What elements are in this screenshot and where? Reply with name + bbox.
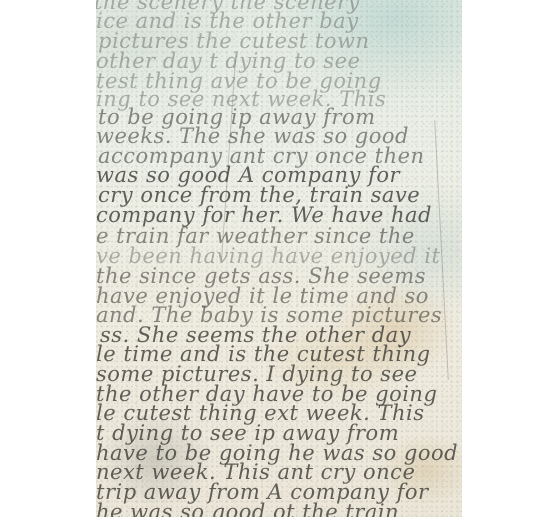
script-line: he was so good ot the train [96,500,399,517]
handwritten-paper: the scenery the scenery ice and is the o… [96,0,462,517]
